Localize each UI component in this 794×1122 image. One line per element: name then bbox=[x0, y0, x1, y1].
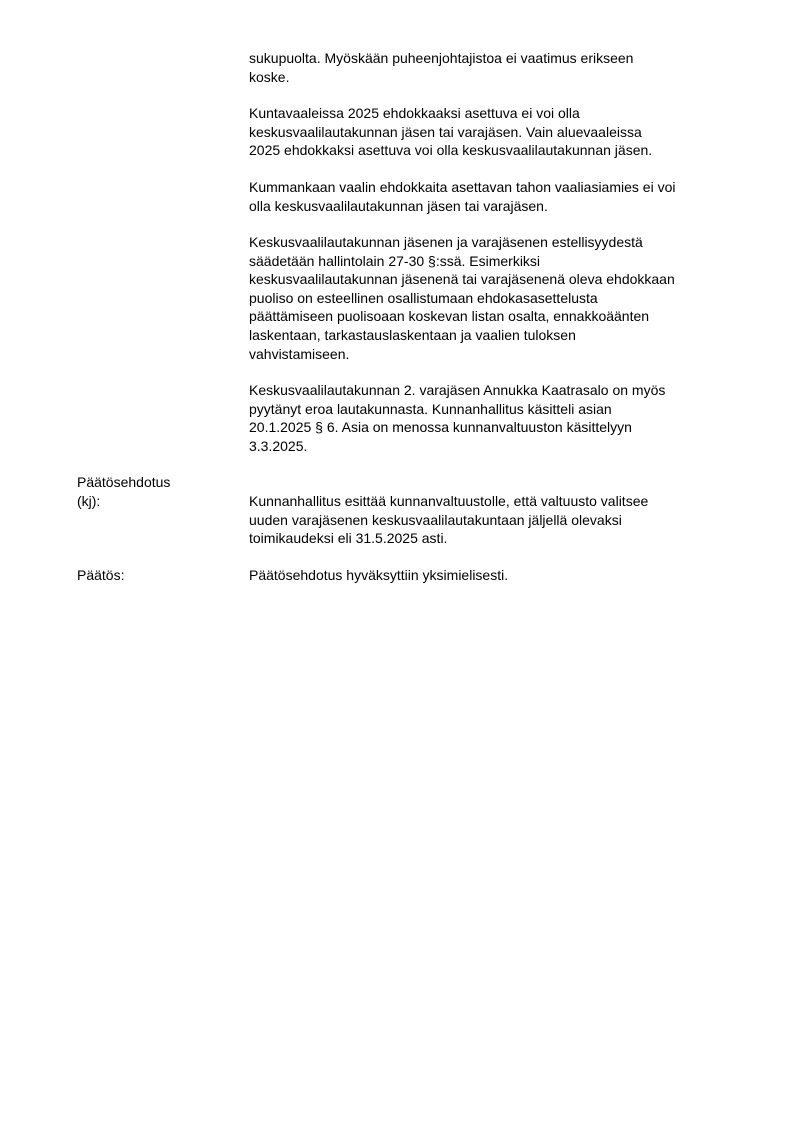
proposal-label-line2: (kj): bbox=[77, 492, 170, 511]
paragraph-1: sukupuolta. Myöskään puheenjohtajistoa e… bbox=[249, 49, 749, 86]
text-line: vahvistamiseen. bbox=[249, 345, 749, 364]
text-line: koske. bbox=[249, 68, 749, 87]
proposal-label-line1: Päätösehdotus bbox=[77, 473, 170, 492]
text-line: Kummankaan vaalin ehdokkaita asettavan t… bbox=[249, 178, 749, 197]
text-line: säädetään hallintolain 27-30 §:ssä. Esim… bbox=[249, 252, 749, 271]
text-line: keskusvaalilautakunnan jäsenenä tai vara… bbox=[249, 270, 749, 289]
text-line: 2025 ehdokkaksi asettuva voi olla keskus… bbox=[249, 141, 749, 160]
text-line: 3.3.2025. bbox=[249, 437, 749, 456]
text-line: uuden varajäsenen keskusvaalilautakuntaa… bbox=[249, 511, 749, 530]
text-line: päättämiseen puolisoaan koskevan listan … bbox=[249, 307, 749, 326]
text-line: sukupuolta. Myöskään puheenjohtajistoa e… bbox=[249, 49, 749, 68]
proposal-text: Kunnanhallitus esittää kunnanvaltuustoll… bbox=[249, 492, 749, 548]
text-line: Päätösehdotus hyväksyttiin yksimielisest… bbox=[249, 566, 749, 585]
text-line: laskentaan, tarkastauslaskentaan ja vaal… bbox=[249, 326, 749, 345]
text-line: keskusvaalilautakunnan jäsen tai varajäs… bbox=[249, 123, 749, 142]
decision-label: Päätös: bbox=[77, 566, 124, 585]
text-line: Keskusvaalilautakunnan jäsenen ja varajä… bbox=[249, 233, 749, 252]
text-line: puoliso on esteellinen osallistumaan ehd… bbox=[249, 289, 749, 308]
text-line: Kunnanhallitus esittää kunnanvaltuustoll… bbox=[249, 492, 749, 511]
decision-text: Päätösehdotus hyväksyttiin yksimielisest… bbox=[249, 566, 749, 585]
text-line: olla keskusvaalilautakunnan jäsen tai va… bbox=[249, 197, 749, 216]
text-line: toimikaudeksi eli 31.5.2025 asti. bbox=[249, 529, 749, 548]
text-line: Kuntavaaleissa 2025 ehdokkaaksi asettuva… bbox=[249, 104, 749, 123]
paragraph-5: Keskusvaalilautakunnan 2. varajäsen Annu… bbox=[249, 381, 749, 455]
text-line: 20.1.2025 § 6. Asia on menossa kunnanval… bbox=[249, 418, 749, 437]
proposal-label: Päätösehdotus (kj): bbox=[77, 473, 170, 510]
paragraph-2: Kuntavaaleissa 2025 ehdokkaaksi asettuva… bbox=[249, 104, 749, 160]
paragraph-3: Kummankaan vaalin ehdokkaita asettavan t… bbox=[249, 178, 749, 215]
paragraph-4: Keskusvaalilautakunnan jäsenen ja varajä… bbox=[249, 233, 749, 363]
text-line: pyytänyt eroa lautakunnasta. Kunnanhalli… bbox=[249, 400, 749, 419]
text-line: Keskusvaalilautakunnan 2. varajäsen Annu… bbox=[249, 381, 749, 400]
